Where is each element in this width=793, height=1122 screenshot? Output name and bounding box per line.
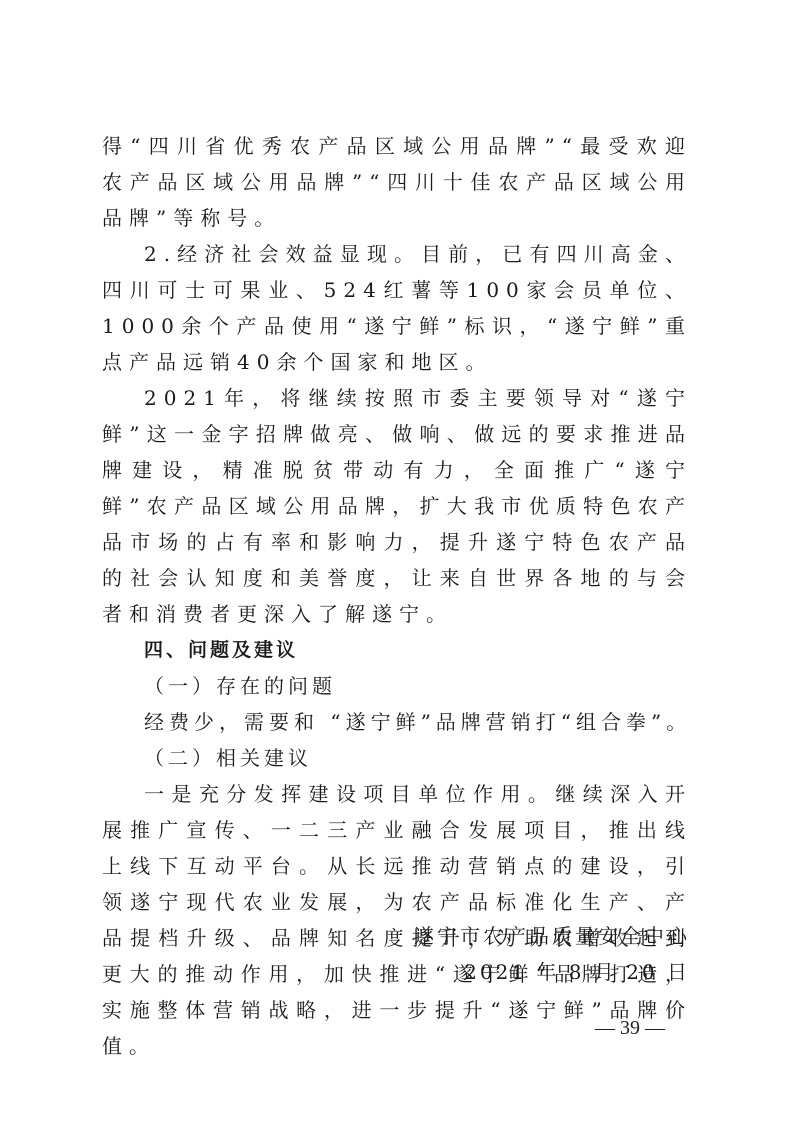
signature-organization: 遂宁市农产品质量安全中心: [414, 918, 690, 954]
subsection-heading-suggestions: （二）相关建议: [102, 740, 692, 776]
subsection-heading-problems: （一）存在的问题: [102, 668, 692, 704]
paragraph-brand-honors: 得“四川省优秀农产品区域公用品牌”“最受欢迎农产品区域公用品牌”“四川十佳农产品…: [102, 128, 692, 236]
section-heading-problems-suggestions: 四、问题及建议: [102, 632, 692, 668]
signature-date: 2021 年 8 月 20 日: [414, 954, 690, 990]
paragraph-2021-plan: 2021年，将继续按照市委主要领导对“遂宁鲜”这一金字招牌做亮、做响、做远的要求…: [102, 380, 692, 632]
paragraph-economic-benefits: 2.经济社会效益显现。目前，已有四川高金、四川可士可果业、524红薯等100家会…: [102, 236, 692, 380]
subsection-body-problems: 经费少，需要和 “遂宁鲜”品牌营销打“组合拳”。: [102, 704, 692, 740]
signature-block: 遂宁市农产品质量安全中心 2021 年 8 月 20 日: [414, 918, 690, 990]
page-number: — 39 —: [590, 1014, 670, 1042]
